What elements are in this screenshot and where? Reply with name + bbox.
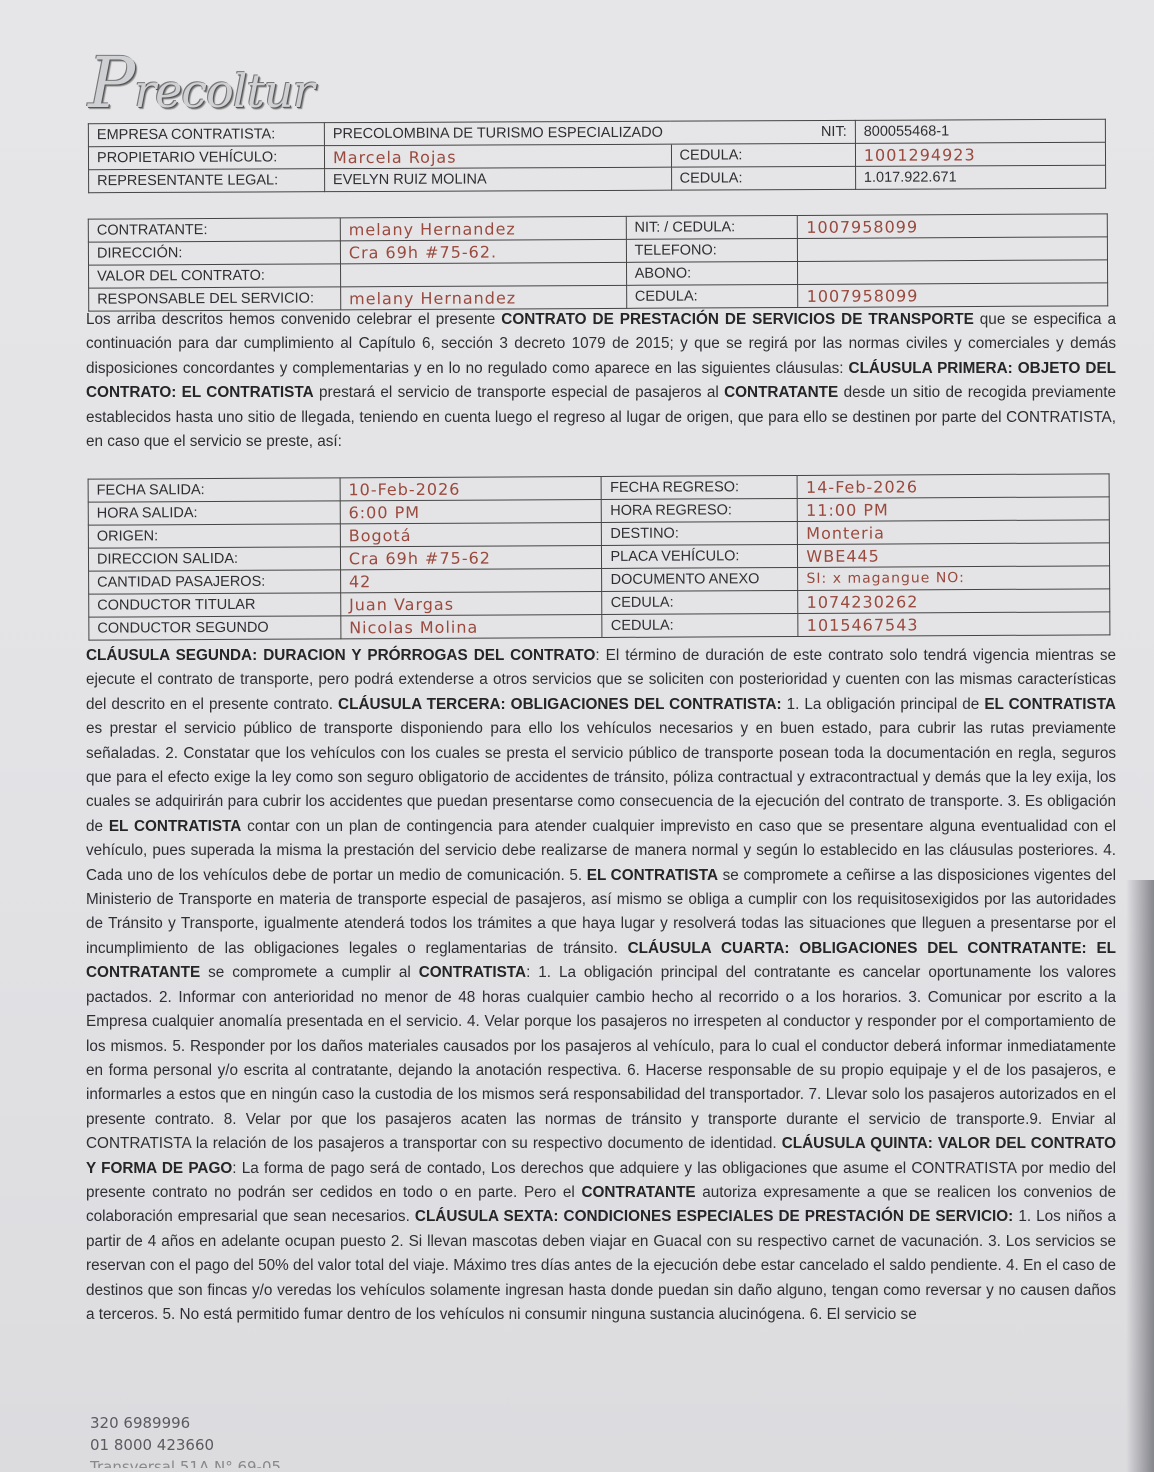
clause-3-title: CLÁUSULA TERCERA: OBLIGACIONES DEL CONTR… [338, 696, 782, 713]
value-propietario: Marcela Rojas [324, 144, 671, 169]
clause-4-text: : 1. La obligación principal del contrat… [86, 964, 1116, 1152]
clauses-body: CLÁUSULA SEGUNDA: DURACION Y PRÓRROGAS D… [86, 644, 1116, 1327]
value-contratante: melany Hernandez [340, 216, 626, 240]
clause-bold-term: EL CONTRATISTA [587, 867, 718, 884]
label-cedula-representante: CEDULA: [671, 166, 855, 190]
label-abono: ABONO: [626, 261, 798, 285]
label-fecha-regreso: FECHA REGRESO: [602, 475, 798, 499]
logo-text: recoltur [134, 64, 313, 118]
table-row: CONDUCTOR SEGUNDO Nicolas Molina CEDULA:… [89, 612, 1110, 640]
value-nit: 800055468-1 [855, 119, 1105, 143]
value-cedula-representante: 1.017.922.671 [855, 165, 1105, 189]
logo-initial: P [88, 42, 134, 124]
label-documento-anexo: DOCUMENTO ANEXO [602, 567, 798, 591]
label-direccion: DIRECCIÓN: [88, 241, 340, 265]
footer-contact: 320 6989996 01 8000 423660 Transversal 5… [90, 1412, 281, 1468]
label-propietario: PROPIETARIO VEHÍCULO: [88, 146, 324, 170]
label-nit: NIT: [671, 120, 855, 144]
clause-3-text: 1. La obligación principal de [782, 696, 985, 713]
label-telefono: TELEFONO: [626, 238, 798, 262]
clause-2-title: CLÁUSULA SEGUNDA: DURACION Y PRÓRROGAS D… [86, 647, 595, 664]
trip-details-table: FECHA SALIDA: 10-Feb-2026 FECHA REGRESO:… [88, 473, 1111, 640]
company-info-table: EMPRESA CONTRATISTA: PRECOLOMBINA DE TUR… [88, 119, 1106, 193]
value-direccion: Cra 69h #75-62. [340, 239, 626, 263]
clause-bold-term: CONTRATANTE [581, 1184, 695, 1201]
value-cedula-propietario: 1001294923 [855, 142, 1105, 166]
label-cantidad-pasajeros: CANTIDAD PASAJEROS: [89, 570, 341, 594]
value-origen: Bogotá [340, 522, 602, 546]
intro-bold: CONTRATO DE PRESTACIÓN DE SERVICIOS DE T… [501, 311, 974, 328]
label-origen: ORIGEN: [88, 524, 340, 548]
value-abono [798, 260, 1108, 285]
value-cantidad-pasajeros: 42 [340, 568, 602, 592]
value-placa: WBE445 [798, 543, 1110, 568]
value-documento-anexo: SI: x magangue NO: [798, 566, 1110, 591]
intro-bold: CONTRATANTE [724, 384, 838, 401]
label-placa: PLACA VEHÍCULO: [602, 544, 798, 568]
clause-6-title: CLÁUSULA SEXTA: CONDICIONES ESPECIALES D… [415, 1208, 1013, 1225]
label-valor-contrato: VALOR DEL CONTRATO: [89, 264, 341, 288]
value-cedula-responsable: 1007958099 [798, 283, 1108, 308]
footer-address: Transversal 51A N° 69-05 [90, 1456, 281, 1468]
client-info-table: CONTRATANTE: melany Hernandez NIT: / CED… [88, 213, 1108, 311]
value-destino: Monteria [798, 520, 1110, 545]
label-nit-cedula: NIT: / CEDULA: [626, 215, 798, 239]
footer-toll-free: 01 8000 423660 [90, 1434, 281, 1456]
label-hora-salida: HORA SALIDA: [88, 501, 340, 525]
value-fecha-regreso: 14-Feb-2026 [797, 474, 1109, 499]
clause-bold-term: EL CONTRATISTA [984, 696, 1116, 713]
value-nit-cedula: 1007958099 [798, 214, 1108, 239]
page-edge-shadow [1126, 880, 1154, 1472]
clause-bold-term: EL CONTRATISTA [109, 818, 241, 835]
nit-label: NIT: [821, 124, 847, 140]
value-conductor-titular: Juan Vargas [340, 591, 602, 615]
table-row: RESPONSABLE DEL SERVICIO: melany Hernand… [89, 283, 1108, 311]
clause-bold-term: CONTRATISTA [419, 964, 526, 981]
value-fecha-salida: 10-Feb-2026 [340, 476, 602, 500]
value-hora-salida: 6:00 PM [340, 499, 602, 523]
contract-intro-paragraph: Los arriba descritos hemos convenido cel… [86, 308, 1116, 454]
value-responsable: melany Hernandez [341, 285, 627, 309]
label-conductor-segundo: CONDUCTOR SEGUNDO [89, 616, 341, 640]
value-cedula-segundo: 1015467543 [798, 612, 1110, 637]
label-destino: DESTINO: [602, 521, 798, 545]
value-valor-contrato [340, 262, 626, 286]
label-fecha-salida: FECHA SALIDA: [88, 478, 340, 502]
label-cedula-responsable: CEDULA: [626, 284, 798, 308]
clause-4-text: se compromete a cumplir al [200, 964, 419, 981]
footer-phone: 320 6989996 [90, 1412, 281, 1434]
label-hora-regreso: HORA REGRESO: [602, 498, 798, 522]
label-contratante: CONTRATANTE: [88, 218, 340, 242]
value-representante: EVELYN RUIZ MOLINA [324, 167, 671, 192]
value-cedula-titular: 1074230262 [798, 589, 1110, 614]
label-direccion-salida: DIRECCION SALIDA: [88, 547, 340, 571]
clause-6-text: 1. Los niños a partir de 4 años en adela… [86, 1208, 1116, 1323]
value-telefono [798, 237, 1108, 262]
label-empresa: EMPRESA CONTRATISTA: [88, 123, 324, 147]
label-cedula-titular: CEDULA: [602, 590, 798, 614]
value-empresa: PRECOLOMBINA DE TURISMO ESPECIALIZADO [324, 121, 671, 146]
intro-text: Los arriba descritos hemos convenido cel… [86, 311, 501, 328]
table-row: REPRESENTANTE LEGAL: EVELYN RUIZ MOLINA … [89, 165, 1106, 192]
company-logo: Precoltur [88, 42, 314, 124]
label-representante: REPRESENTANTE LEGAL: [89, 169, 325, 193]
intro-text: prestará el servicio de transporte espec… [314, 384, 724, 401]
value-hora-regreso: 11:00 PM [798, 497, 1110, 522]
label-cedula-segundo: CEDULA: [602, 613, 798, 637]
label-conductor-titular: CONDUCTOR TITULAR [89, 593, 341, 617]
value-conductor-segundo: Nicolas Molina [341, 614, 603, 638]
value-direccion-salida: Cra 69h #75-62 [340, 545, 602, 569]
contract-page: Precoltur EMPRESA CONTRATISTA: PRECOLOMB… [0, 0, 1154, 1472]
label-cedula-propietario: CEDULA: [671, 143, 855, 167]
